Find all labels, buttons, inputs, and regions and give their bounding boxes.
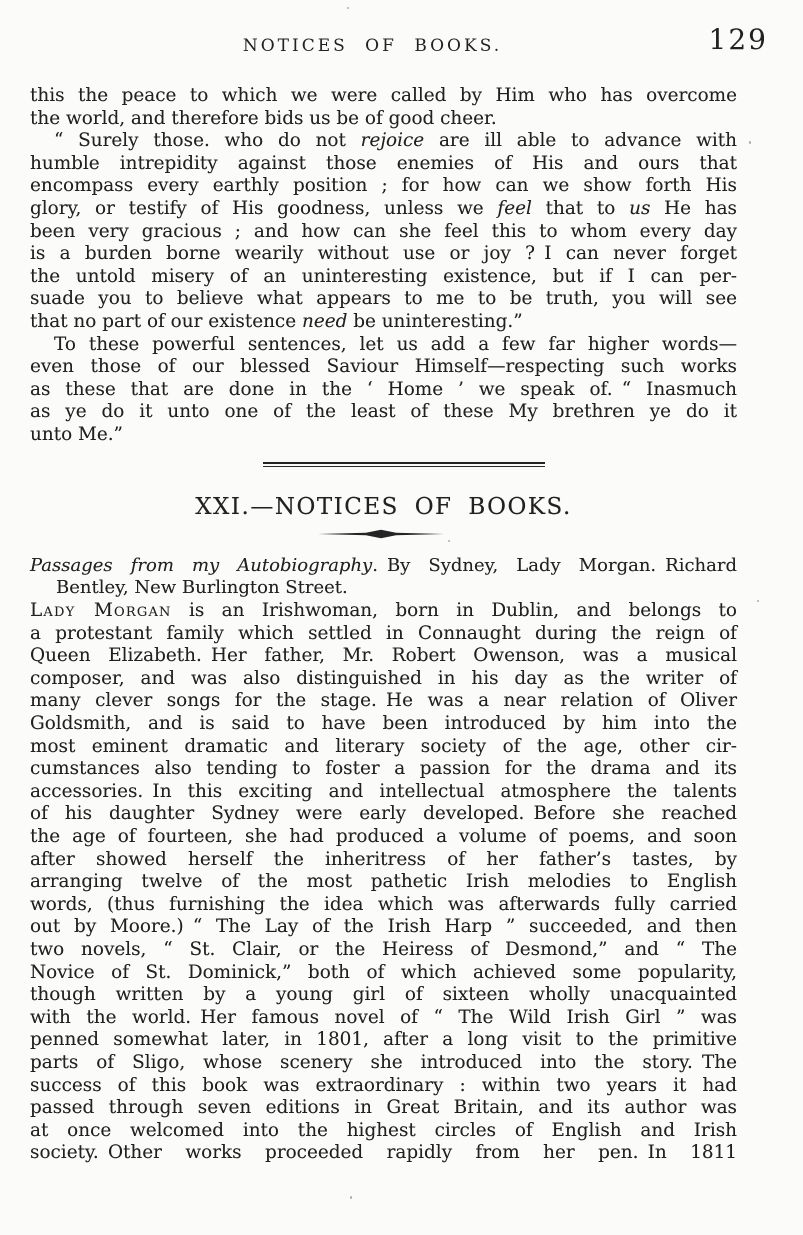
italic-text: need [302,311,347,332]
text-span: humble intrepidity against those enemies… [30,153,737,174]
italic-text: rejoice [361,130,425,151]
text-line: the age of fourteen, she had produced a … [30,826,737,849]
book-page-scan: NOTICES OF BOOKS. 129 this the peace to … [0,0,803,1235]
page-number: 129 [709,23,768,56]
text-span: are ill able to advance with [424,130,737,151]
text-line: penned somewhat later, in 1801, after a … [30,1029,737,1052]
text-line: at once welcomed into the highest circle… [30,1120,737,1143]
text-line: accessories. In this exciting and intell… [30,781,737,804]
text-line: glory, or testify of His goodness, unles… [30,198,737,221]
text-line: the untold misery of an uninteresting ex… [30,266,737,289]
text-span: . By Sydney, Lady Morgan. Richard [372,555,737,576]
scan-speck [448,540,450,542]
text-line: To these powerful sentences, let us add … [30,334,737,357]
text-line: most eminent dramatic and literary socie… [30,736,737,759]
text-line: though written by a young girl of sixtee… [30,984,737,1007]
text-span: many clever songs for the stage. He was … [30,690,737,711]
text-span: this the peace to which we were called b… [30,85,737,106]
text-span: though written by a young girl of sixtee… [30,984,737,1005]
paragraph: Lady Morgan is an Irishwoman, born in Du… [30,600,737,1165]
text-line: Queen Elizabeth. Her father, Mr. Robert … [30,645,737,668]
text-span: Queen Elizabeth. Her father, Mr. Robert … [30,645,737,666]
scan-speck [347,7,349,9]
text-block: this the peace to which we were called b… [30,85,737,1165]
text-span: Goldsmith, and is said to have been intr… [30,713,737,734]
text-line: Novice of St. Dominick,” both of which a… [30,962,737,985]
text-span: a protestant family which settled in Con… [30,623,737,644]
paragraph: this the peace to which we were called b… [30,85,737,130]
text-line: Passages from my Autobiography. By Sydne… [30,555,737,578]
text-span: out by Moore.) “ The Lay of the Irish Ha… [30,916,737,937]
text-line: arranging twelve of the most pathetic Ir… [30,871,737,894]
text-line: words, (thus furnishing the idea which w… [30,894,737,917]
text-span: unto Me.” [30,424,123,445]
text-span: parts of Sligo, whose scenery she introd… [30,1052,737,1073]
paragraph: “ Surely those. who do not rejoice are i… [30,130,737,333]
italic-text: us [629,198,650,219]
text-span: as ye do it unto one of the least of the… [30,401,737,422]
text-span: been very gracious ; and how can she fee… [30,221,737,242]
text-line: parts of Sligo, whose scenery she introd… [30,1052,737,1075]
text-span: that no part of our existence [30,311,302,332]
scan-speck [350,1196,352,1199]
running-head-title: NOTICES OF BOOKS. [19,36,726,56]
italic-text: feel [497,198,531,219]
text-line: cumstances also tending to foster a pass… [30,758,737,781]
text-line: many clever songs for the stage. He was … [30,690,737,713]
text-span: composer, and was also distinguished in … [30,668,737,689]
text-span: arranging twelve of the most pathetic Ir… [30,871,737,892]
text-span: after showed herself the inheritress of … [30,849,737,870]
text-line: society. Other works proceeded rapidly f… [30,1142,737,1165]
text-line: this the peace to which we were called b… [30,85,737,108]
text-span: of his daughter Sydney were early develo… [30,803,737,824]
paragraph: Passages from my Autobiography. By Sydne… [30,555,737,600]
text-span: the untold misery of an uninteresting ex… [30,266,737,287]
text-line: suade you to believe what appears to me … [30,288,737,311]
text-line: with the world. Her famous novel of “ Th… [30,1007,737,1030]
text-span: accessories. In this exciting and intell… [30,781,737,802]
text-span: two novels, “ St. Clair, or the Heiress … [30,939,737,960]
text-span: He has [650,198,737,219]
text-span: most eminent dramatic and literary socie… [30,736,737,757]
text-span: To these powerful sentences, let us add … [54,334,737,355]
scan-speck [749,141,751,144]
text-line: humble intrepidity against those enemies… [30,153,737,176]
text-span: with the world. Her famous novel of “ Th… [30,1007,737,1028]
text-span: “ Surely those. who do not [54,130,361,151]
text-line: the world, and therefore bids us be of g… [30,108,737,131]
text-line: that no part of our existence need be un… [30,311,737,334]
italic-text: Passages from my Autobiography [30,555,372,576]
small-caps-text: Lady Morgan [30,600,172,621]
text-line: a protestant family which settled in Con… [30,623,737,646]
double-rule-divider [263,462,545,467]
text-span: Bentley, New Burlington Street. [56,577,348,598]
scan-speck [757,600,759,602]
text-span: encompass every earthly position ; for h… [30,175,737,196]
text-line: passed through seven editions in Great B… [30,1097,737,1120]
text-line: Goldsmith, and is said to have been intr… [30,713,737,736]
text-line: of his daughter Sydney were early develo… [30,803,737,826]
text-line: composer, and was also distinguished in … [30,668,737,691]
text-span: words, (thus furnishing the idea which w… [30,894,737,915]
paragraph: To these powerful sentences, let us add … [30,334,737,447]
text-span: the age of fourteen, she had produced a … [30,826,737,847]
text-span: is a burden borne wearily without use or… [30,243,737,264]
text-line: as ye do it unto one of the least of the… [30,401,737,424]
text-span: even those of our blessed Saviour Himsel… [30,356,737,377]
text-line: even those of our blessed Saviour Himsel… [30,356,737,379]
book-citation: Passages from my Autobiography. By Sydne… [30,555,737,600]
text-line: is a burden borne wearily without use or… [30,243,737,266]
text-span: glory, or testify of His goodness, unles… [30,198,497,219]
text-span: society. Other works proceeded rapidly f… [30,1142,737,1163]
text-line: after showed herself the inheritress of … [30,849,737,872]
text-line: encompass every earthly position ; for h… [30,175,737,198]
text-line: unto Me.” [30,424,737,447]
text-span: penned somewhat later, in 1801, after a … [30,1029,737,1050]
text-span: cumstances also tending to foster a pass… [30,758,737,779]
running-head: NOTICES OF BOOKS. 129 [30,0,737,70]
text-span: is an Irishwoman, born in Dublin, and be… [172,600,737,621]
text-span: be uninteresting.” [347,311,522,332]
text-span: passed through seven editions in Great B… [30,1097,737,1118]
text-line: as these that are done in the ‘ Home ’ w… [30,379,737,402]
text-span: Novice of St. Dominick,” both of which a… [30,962,737,983]
text-line: Lady Morgan is an Irishwoman, born in Du… [30,600,737,623]
text-line: Bentley, New Burlington Street. [30,577,737,600]
text-line: out by Moore.) “ The Lay of the Irish Ha… [30,916,737,939]
diamond-rule-ornament [318,529,444,539]
text-line: “ Surely those. who do not rejoice are i… [30,130,737,153]
text-span: as these that are done in the ‘ Home ’ w… [30,379,737,400]
text-span: that to [532,198,629,219]
text-line: been very gracious ; and how can she fee… [30,221,737,244]
text-span: at once welcomed into the highest circle… [30,1120,737,1141]
review-body: Lady Morgan is an Irishwoman, born in Du… [30,600,737,1165]
text-line: two novels, “ St. Clair, or the Heiress … [30,939,737,962]
continued-section: this the peace to which we were called b… [30,85,737,447]
text-span: suade you to believe what appears to me … [30,288,737,309]
section-heading: XXI.—NOTICES OF BOOKS. [30,493,737,521]
text-span: success of this book was extraordinary :… [30,1075,737,1096]
text-line: success of this book was extraordinary :… [30,1075,737,1098]
text-span: the world, and therefore bids us be of g… [30,108,497,129]
